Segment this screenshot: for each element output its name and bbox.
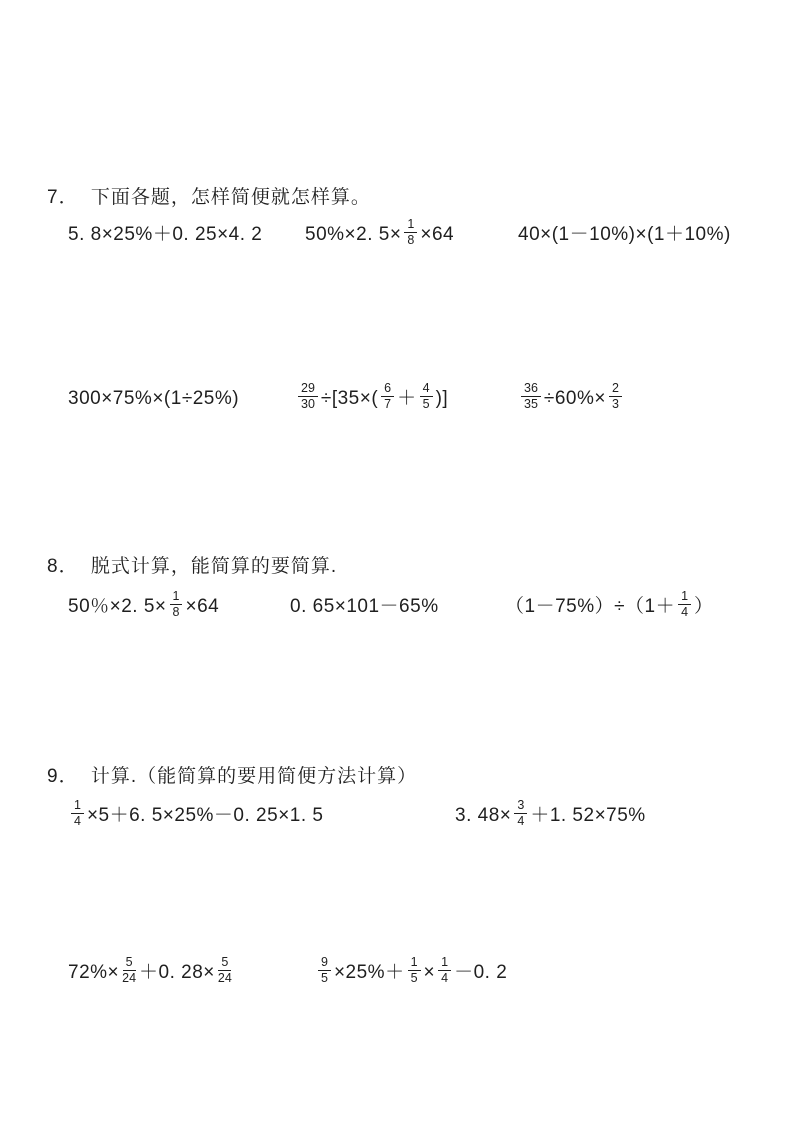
math-expression: 0. 65×101－65% — [290, 587, 439, 627]
fraction: 45 — [420, 382, 433, 411]
math-expression: （1－75%）÷（1＋14） — [505, 587, 714, 627]
fraction: 14 — [71, 799, 84, 828]
math-expression: 40×(1－10%)×(1＋10%) — [518, 215, 731, 255]
expression-row: 50％×2. 5×18×640. 65×101－65%（1－75%）÷（1＋14… — [0, 587, 793, 633]
problem-number: 9． — [47, 766, 79, 787]
fraction: 18 — [404, 218, 417, 247]
problem-title: 计算.（能简算的要用简便方法计算） — [91, 766, 417, 787]
math-expression: 72%×524＋0. 28×524 — [68, 953, 235, 993]
math-expression: 3. 48×34＋1. 52×75% — [455, 796, 646, 836]
problem-title: 脱式计算，能简算的要简算. — [91, 556, 337, 577]
expression-row: 72%×524＋0. 28×52495×25%＋15×14－0. 2 — [0, 953, 793, 999]
fraction: 15 — [408, 956, 421, 985]
math-expression: 5. 8×25%＋0. 25×4. 2 — [68, 215, 262, 255]
problem-7-heading: 7． 下面各题，怎样简便就怎样算。 — [47, 182, 371, 209]
problem-title: 下面各题，怎样简便就怎样算。 — [91, 187, 371, 208]
fraction: 67 — [381, 382, 394, 411]
fraction: 3635 — [521, 382, 541, 411]
fraction: 524 — [218, 956, 232, 985]
math-expression: 300×75%×(1÷25%) — [68, 379, 239, 419]
expression-row: 14×5＋6. 5×25%－0. 25×1. 53. 48×34＋1. 52×7… — [0, 796, 793, 842]
expression-row: 300×75%×(1÷25%)2930÷[35×(67＋45)]3635÷60%… — [0, 379, 793, 425]
fraction: 14 — [678, 590, 691, 619]
fraction: 34 — [514, 799, 527, 828]
math-expression: 50%×2. 5×18×64 — [305, 215, 454, 255]
fraction: 14 — [438, 956, 451, 985]
fraction: 524 — [122, 956, 136, 985]
math-expression: 3635÷60%×23 — [518, 379, 625, 419]
expression-row: 5. 8×25%＋0. 25×4. 250%×2. 5×18×6440×(1－1… — [0, 215, 793, 261]
problem-8-heading: 8． 脱式计算，能简算的要简算. — [47, 551, 337, 578]
fraction: 23 — [609, 382, 622, 411]
math-expression: 95×25%＋15×14－0. 2 — [315, 953, 507, 993]
fraction: 95 — [318, 956, 331, 985]
problem-number: 8． — [47, 556, 79, 577]
fraction: 2930 — [298, 382, 318, 411]
problem-number: 7． — [47, 187, 79, 208]
math-expression: 2930÷[35×(67＋45)] — [295, 379, 448, 419]
problem-9-heading: 9． 计算.（能简算的要用简便方法计算） — [47, 761, 417, 788]
fraction: 18 — [170, 590, 183, 619]
math-expression: 50％×2. 5×18×64 — [68, 587, 219, 627]
worksheet-page: 7． 下面各题，怎样简便就怎样算。 5. 8×25%＋0. 25×4. 250%… — [0, 0, 793, 1122]
math-expression: 14×5＋6. 5×25%－0. 25×1. 5 — [68, 796, 323, 836]
